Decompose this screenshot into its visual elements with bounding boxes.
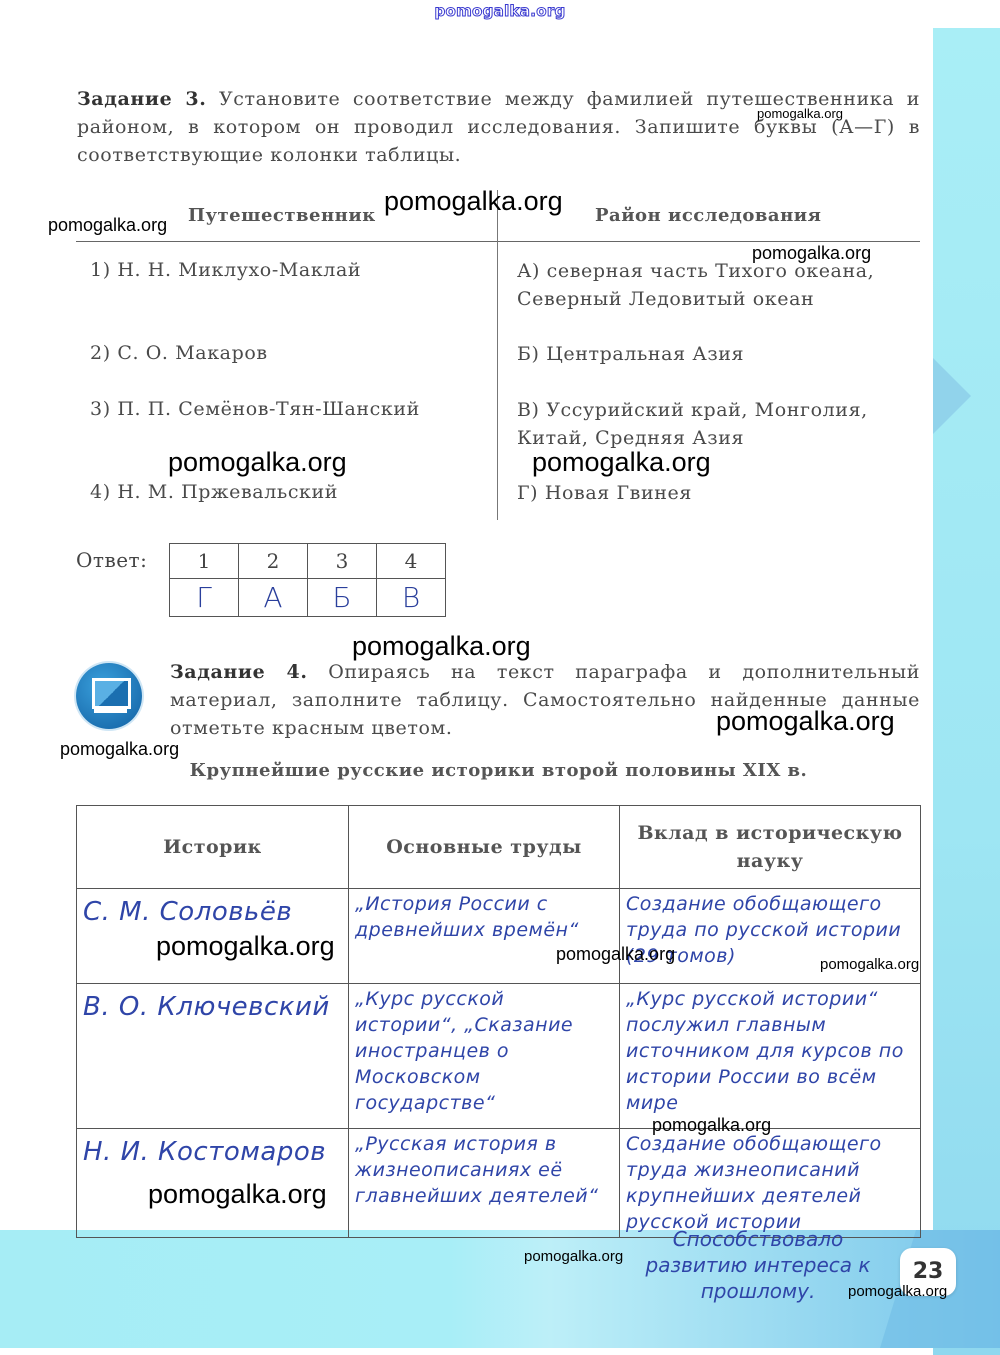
works-cell[interactable]: „Русская история в жизнеописаниях её гла… <box>349 1129 620 1238</box>
decorative-side-band <box>933 28 1000 1355</box>
monitor-screen <box>92 678 131 709</box>
watermark: pomogalka.org <box>60 739 179 760</box>
match-header-divider <box>76 241 920 242</box>
historian-cell[interactable]: В. О. Ключевский <box>77 984 349 1129</box>
monitor-chart-icon <box>76 663 142 729</box>
answer-cell-3[interactable]: Б <box>308 579 377 617</box>
watermark: pomogalka.org <box>752 243 871 264</box>
answer-cell-2[interactable]: А <box>239 579 308 617</box>
watermark: pomogalka.org <box>148 1179 327 1210</box>
task4-label: Задание 4. <box>170 661 308 683</box>
historians-table-caption: Крупнейшие русские историки второй полов… <box>77 760 920 781</box>
answer-header-2: 2 <box>239 544 308 579</box>
region-b: Б) Центральная Азия <box>517 340 917 368</box>
watermark: pomogalka.org <box>532 447 711 478</box>
watermark: pomogalka.org <box>757 106 843 121</box>
watermark: pomogalka.org <box>820 956 919 973</box>
historians-table: Историк Основные труды Вклад в историчес… <box>76 805 921 1238</box>
works-cell[interactable]: „Курс русской истории“, „Сказание иностр… <box>349 984 620 1129</box>
traveler-3: 3) П. П. Семёнов-Тян-Шанский <box>90 395 420 423</box>
col-works: Основные труды <box>349 806 620 889</box>
answer-table: 1 2 3 4 Г А Б В <box>169 543 446 617</box>
answer-header-1: 1 <box>170 544 239 579</box>
works-cell[interactable]: „История России с древнейших времён“ <box>349 889 620 984</box>
answer-header-4: 4 <box>377 544 446 579</box>
answer-label: Ответ: <box>76 548 147 572</box>
col-historian: Историк <box>77 806 349 889</box>
table-row: В. О. Ключевский „Курс русской истории“,… <box>77 984 921 1129</box>
answer-cell-1[interactable]: Г <box>170 579 239 617</box>
region-a: А) северная часть Тихого океана, Северны… <box>517 257 917 313</box>
watermark: pomogalka.org <box>848 1283 947 1300</box>
monitor-stand <box>94 708 127 713</box>
col-contribution: Вклад в историческую науку <box>620 806 921 889</box>
contribution-cell[interactable]: Создание обобщающего труда жизнеописаний… <box>620 1129 921 1238</box>
contribution-cell[interactable]: „Курс русской истории“ послужил главным … <box>620 984 921 1129</box>
match-column-divider <box>497 190 498 520</box>
answer-header-3: 3 <box>308 544 377 579</box>
col-regions-header: Район исследования <box>595 205 821 226</box>
watermark: pomogalka.org <box>48 215 167 236</box>
col-travelers-header: Путешественник <box>188 205 376 226</box>
watermark: pomogalka.org <box>556 944 675 965</box>
watermark: pomogalka.org <box>168 447 347 478</box>
decorative-triangle <box>933 358 971 434</box>
region-d: Г) Новая Гвинея <box>517 479 917 507</box>
task3-instruction: Задание 3. Установите соответствие между… <box>77 85 920 169</box>
top-watermark: pomogalka.org <box>0 2 1000 20</box>
traveler-2: 2) С. О. Макаров <box>90 339 268 367</box>
watermark: pomogalka.org <box>352 631 531 662</box>
watermark: pomogalka.org <box>716 706 895 737</box>
traveler-4: 4) Н. М. Пржевальский <box>90 478 338 506</box>
watermark: pomogalka.org <box>384 186 563 217</box>
answer-cell-4[interactable]: В <box>377 579 446 617</box>
watermark: pomogalka.org <box>156 931 335 962</box>
task3-label: Задание 3. <box>77 88 206 110</box>
watermark: pomogalka.org <box>652 1115 771 1136</box>
region-c: В) Уссурийский край, Монголия, Китай, Ср… <box>517 396 917 452</box>
watermark: pomogalka.org <box>524 1248 623 1265</box>
traveler-1: 1) Н. Н. Миклухо-Маклай <box>90 256 361 284</box>
